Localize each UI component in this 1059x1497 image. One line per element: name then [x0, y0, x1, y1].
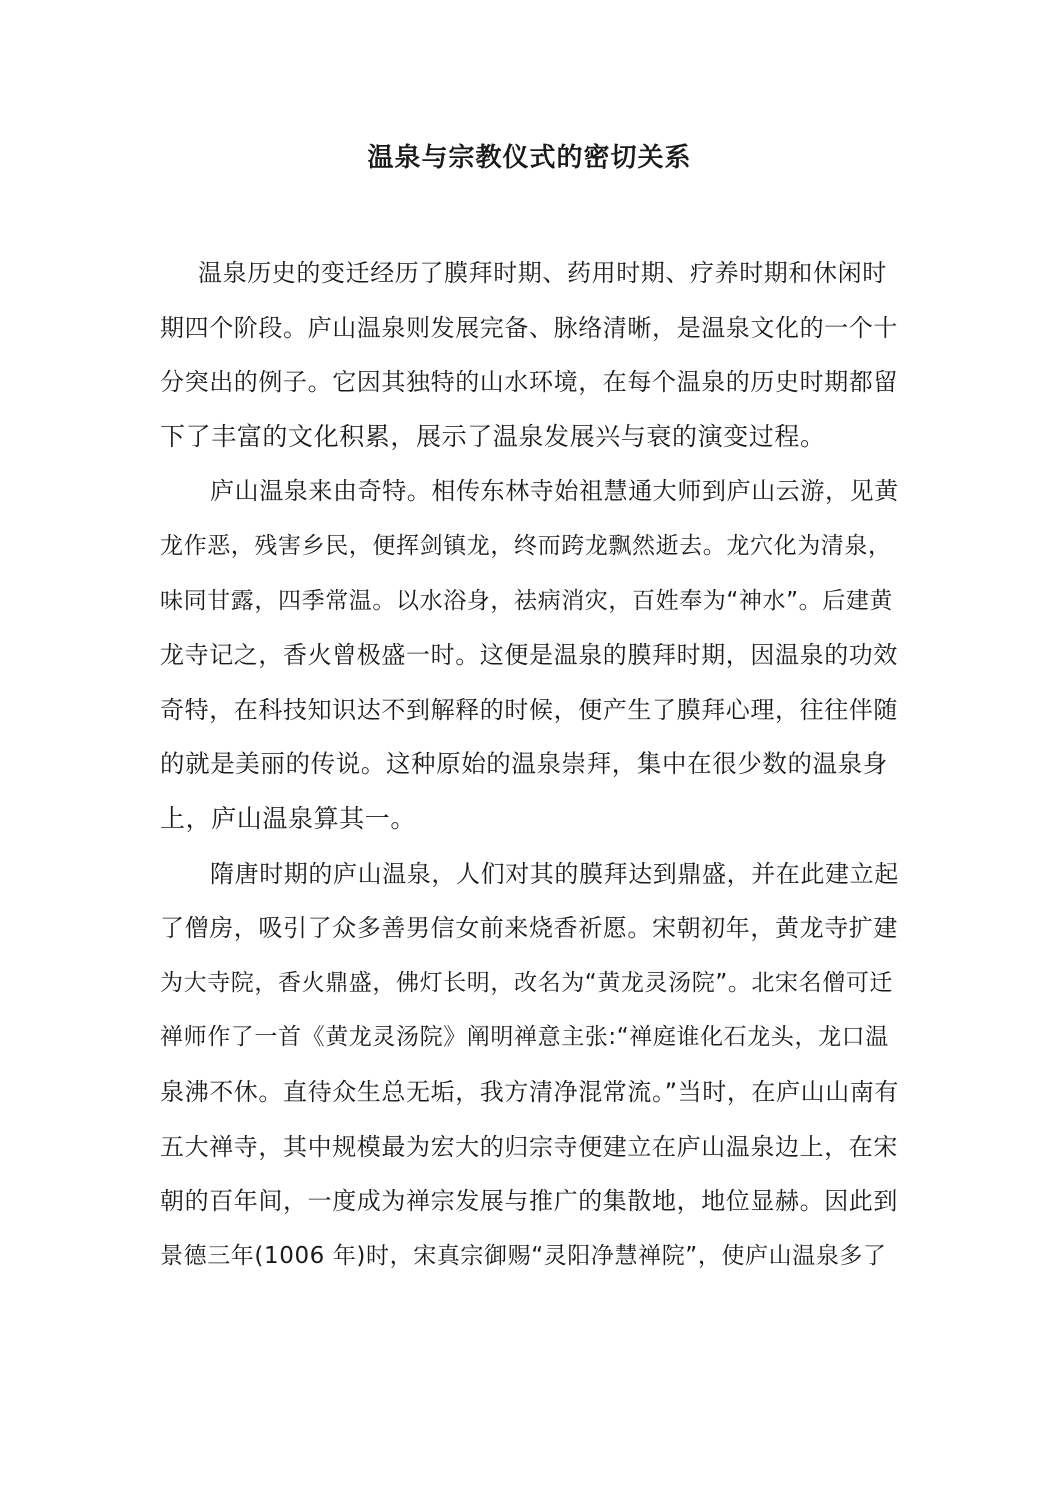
text-line: 了僧房，吸引了众多善男信女前来烧香祈愿。宋朝初年，黄龙寺扩建 [160, 901, 900, 956]
text-line: 上，庐山温泉算其一。 [160, 792, 900, 847]
text-line: 下了丰富的文化积累，展示了温泉发展兴与衰的演变过程。 [160, 410, 900, 465]
text-line: 朝的百年间，一度成为禅宗发展与推广的集散地，地位显赫。因此到 [160, 1174, 900, 1229]
text-line: 泉沸不休。直待众生总无垢，我方清净混常流。”当时，在庐山山南有 [160, 1065, 900, 1120]
text-line: 景德三年(1006 年)时，宋真宗御赐“灵阳净慧禅院”，使庐山温泉多了 [160, 1229, 900, 1284]
paragraph-2: 庐山温泉来由奇特。相传东林寺始祖慧通大师到庐山云游，见黄 龙作恶，残害乡民，便挥… [160, 464, 900, 846]
text-line: 隋唐时期的庐山温泉，人们对其的膜拜达到鼎盛，并在此建立起 [160, 847, 900, 902]
document-page: 温泉与宗教仪式的密切关系 温泉历史的变迁经历了膜拜时期、药用时期、疗养时期和休闲… [0, 0, 1059, 1497]
text-line: 奇特，在科技知识达不到解释的时候，便产生了膜拜心理，往往伴随 [160, 683, 900, 738]
text-line: 龙作恶，残害乡民，便挥剑镇龙，终而跨龙飘然逝去。龙穴化为清泉， [160, 519, 900, 574]
paragraph-1: 温泉历史的变迁经历了膜拜时期、药用时期、疗养时期和休闲时 期四个阶段。庐山温泉则… [160, 246, 900, 464]
document-title: 温泉与宗教仪式的密切关系 [0, 138, 1059, 178]
text-line: 分突出的例子。它因其独特的山水环境，在每个温泉的历史时期都留 [160, 355, 900, 410]
text-line: 庐山温泉来由奇特。相传东林寺始祖慧通大师到庐山云游，见黄 [160, 464, 900, 519]
text-line: 为大寺院，香火鼎盛，佛灯长明，改名为“黄龙灵汤院”。北宋名僧可迁 [160, 956, 900, 1011]
text-line: 味同甘露，四季常温。以水浴身，祛病消灾，百姓奉为“神水”。后建黄 [160, 574, 900, 629]
text-line: 禅师作了一首《黄龙灵汤院》阐明禅意主张:“禅庭谁化石龙头，龙口温 [160, 1010, 900, 1065]
paragraph-3: 隋唐时期的庐山温泉，人们对其的膜拜达到鼎盛，并在此建立起 了僧房，吸引了众多善男… [160, 847, 900, 1284]
text-line: 的就是美丽的传说。这种原始的温泉崇拜，集中在很少数的温泉身 [160, 737, 900, 792]
document-body: 温泉历史的变迁经历了膜拜时期、药用时期、疗养时期和休闲时 期四个阶段。庐山温泉则… [160, 246, 900, 1283]
text-line: 龙寺记之，香火曾极盛一时。这便是温泉的膜拜时期，因温泉的功效 [160, 628, 900, 683]
text-line: 温泉历史的变迁经历了膜拜时期、药用时期、疗养时期和休闲时 [160, 246, 900, 301]
text-line: 期四个阶段。庐山温泉则发展完备、脉络清晰，是温泉文化的一个十 [160, 301, 900, 356]
text-line: 五大禅寺，其中规模最为宏大的归宗寺便建立在庐山温泉边上，在宋 [160, 1120, 900, 1175]
